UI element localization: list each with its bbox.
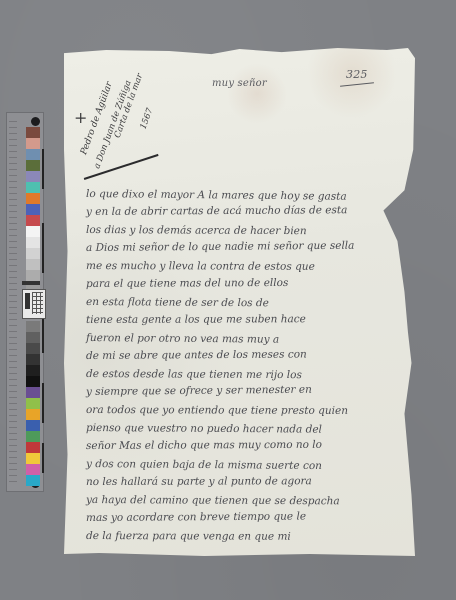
color-swatch bbox=[26, 343, 40, 354]
color-swatch bbox=[26, 182, 40, 193]
color-swatch bbox=[26, 138, 40, 149]
handwritten-line: y siempre que se ofrece y ser menester e… bbox=[86, 384, 312, 398]
color-swatch bbox=[26, 453, 40, 464]
color-swatch bbox=[26, 376, 40, 387]
handwritten-line: me es mucho y lleva la contra de estos q… bbox=[86, 260, 315, 273]
handwritten-line: mas yo acordare con breve tiempo que le bbox=[86, 510, 306, 524]
handwritten-line: y dos con quien baja de la misma suerte … bbox=[86, 458, 322, 472]
handwritten-line: de estos desde las que tienen me rijo lo… bbox=[86, 368, 302, 381]
color-swatch bbox=[26, 420, 40, 431]
target-label-box bbox=[22, 289, 46, 319]
handwritten-line: no les hallará su parte y al punto de ag… bbox=[86, 475, 312, 488]
target-dark-strip bbox=[22, 281, 40, 285]
color-swatch bbox=[26, 442, 40, 453]
scale-rule bbox=[42, 223, 44, 273]
color-swatch bbox=[26, 127, 40, 138]
scale-rule bbox=[42, 383, 44, 423]
color-swatch bbox=[26, 193, 40, 204]
handwritten-line: para el que tiene mas del uno de ellos bbox=[86, 277, 288, 290]
handwritten-line: lo que dixo el mayor A la mares que hoy … bbox=[86, 188, 347, 203]
cross-mark: + bbox=[74, 108, 88, 127]
folio-number: 325 bbox=[346, 68, 368, 81]
color-swatch bbox=[26, 431, 40, 442]
color-swatch bbox=[26, 354, 40, 365]
label-grid bbox=[32, 292, 43, 314]
handwritten-line: a Dios mi señor de lo que nadie mi señor… bbox=[86, 240, 355, 254]
color-swatch bbox=[26, 237, 40, 248]
color-swatch bbox=[26, 248, 40, 259]
color-swatch bbox=[26, 160, 40, 171]
color-swatch bbox=[26, 464, 40, 475]
color-swatch bbox=[26, 475, 40, 486]
handwritten-line: de la fuerza para que venga en que mi bbox=[86, 530, 291, 543]
color-swatch bbox=[26, 149, 40, 160]
manuscript-page: + Pedro de Agüilar a Don Juan de Zúñiga … bbox=[64, 48, 415, 556]
color-swatch bbox=[26, 171, 40, 182]
handwritten-line: tiene esta gente a los que me suben hace bbox=[86, 313, 306, 326]
scale-ticks bbox=[9, 121, 17, 483]
color-swatch bbox=[26, 409, 40, 420]
handwritten-line: en esta flota tiene de ser de los de bbox=[86, 296, 269, 309]
color-swatch bbox=[26, 387, 40, 398]
handwritten-line: ora todos que yo entiendo que tiene pres… bbox=[86, 404, 348, 417]
handwritten-line: de mi se abre que antes de los meses con bbox=[86, 348, 307, 362]
handwritten-line: ya haya del camino que tienen que se des… bbox=[86, 494, 340, 507]
handwritten-line: los dias y los demás acerca de hacer bie… bbox=[86, 224, 307, 237]
color-swatch bbox=[26, 398, 40, 409]
handwritten-line: señor Mas el dicho que mas muy como no l… bbox=[86, 439, 322, 452]
color-swatch bbox=[26, 226, 40, 237]
handwritten-line: fueron el por otro no vea mas muy a bbox=[86, 332, 279, 346]
color-swatch bbox=[26, 332, 40, 343]
label-bar bbox=[25, 293, 30, 309]
color-calibration-target bbox=[6, 112, 44, 492]
target-hole-top bbox=[31, 117, 40, 126]
scale-rule bbox=[42, 149, 44, 189]
scale-rule bbox=[42, 313, 44, 353]
color-swatch bbox=[26, 270, 40, 281]
scale-rule bbox=[42, 443, 44, 473]
color-swatch bbox=[26, 204, 40, 215]
docket-year: 1567 bbox=[139, 107, 156, 131]
color-swatch bbox=[26, 215, 40, 226]
handwritten-line: y en la de abrir cartas de acá mucho día… bbox=[86, 204, 347, 218]
color-swatch bbox=[26, 259, 40, 270]
color-swatch bbox=[26, 321, 40, 332]
color-swatch bbox=[26, 365, 40, 376]
page-heading: muy señor bbox=[212, 78, 267, 89]
handwritten-line: pienso que vuestro no puedo hacer nada d… bbox=[86, 422, 322, 436]
folio-underline bbox=[340, 82, 374, 87]
